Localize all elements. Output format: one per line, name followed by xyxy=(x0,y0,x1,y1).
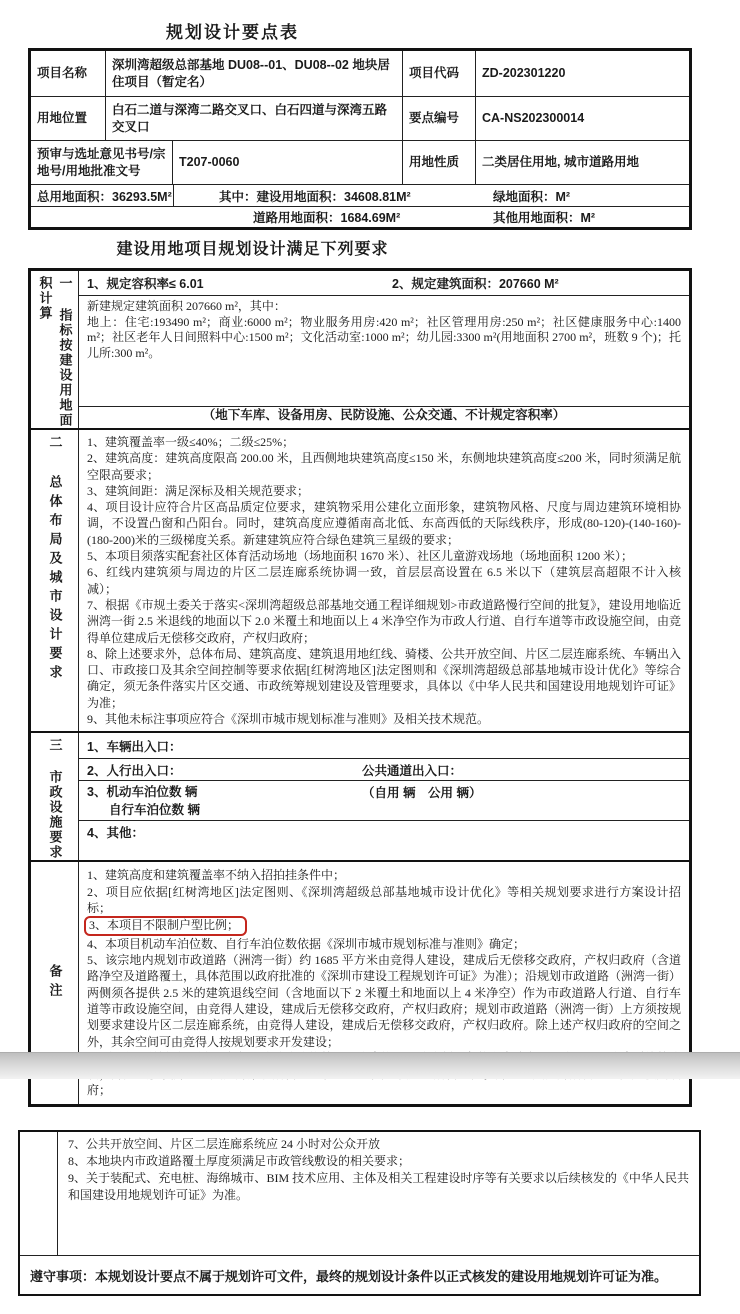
land-use-value: 二类居住用地, 城市道路用地 xyxy=(476,141,689,184)
public-passage: 公共通道出入口： xyxy=(362,761,462,779)
page2-side-column xyxy=(20,1132,58,1255)
info-row-project: 项目名称 深圳湾超级总部基地 DU08--01、DU08--02 地块居住项目（… xyxy=(31,51,689,97)
side-label-municipal: 三 市政设施要求 xyxy=(31,733,79,860)
info-row-area-2: 道路用地面积：1684.69M² 其他用地面积：M² xyxy=(31,207,689,227)
gfa-breakdown: 新建规定建筑面积 207660 m²，其中： 地上：住宅:193490 m²；商… xyxy=(79,296,689,406)
other-area: 其他用地面积：M² xyxy=(493,207,595,227)
parking-detail: （自用 辆 公用 辆） xyxy=(362,783,481,801)
gfa-breakdown-intro: 新建规定建筑面积 207660 m²，其中： xyxy=(87,299,681,315)
side-label-notes-text: 备注 xyxy=(45,964,65,1002)
note-item-highlighted: 3、本项目不限制户型比例； xyxy=(87,916,681,936)
layout-item: 8、除上述要求外，总体布局、建筑高度、建筑退用地红线、骑楼、公共开放空间、片区二… xyxy=(87,646,681,711)
info-row-review: 预审与选址意见书号/宗地号/用地批准文号 T207-0060 用地性质 二类居住… xyxy=(31,141,689,185)
indicator-row-top: 1、规定容积率≤ 6.01 2、规定建筑面积：207660 M² xyxy=(79,271,689,296)
compliance-label: 遵守事项： xyxy=(30,1266,95,1285)
location-value: 白石二道与深湾二路交叉口、白石四道与深湾五路交叉口 xyxy=(106,97,403,140)
note-item: 1、建筑高度和建筑覆盖率不纳入招拍挂条件中； xyxy=(87,867,681,883)
requirements-heading: 建设用地项目规划设计满足下列要求 xyxy=(0,236,505,259)
bicycle-parking: 自行车泊位数 辆 xyxy=(87,801,200,819)
review-label: 预审与选址意见书号/宗地号/用地批准文号 xyxy=(31,141,173,184)
info-table: 项目名称 深圳湾超级总部基地 DU08--01、DU08--02 地块居住项目（… xyxy=(28,48,692,230)
page2-item: 8、本地块内市政道路覆土厚度须满足市政管线敷设的相关要求； xyxy=(68,1153,689,1170)
side-label-layout-text: 二 总体布局及城市设计要求 xyxy=(45,435,65,684)
municipal-content: 1、车辆出入口： 2、人行出入口： 公共通道出入口： 3、机动车泊位数 辆 自行… xyxy=(79,733,689,860)
layout-item: 6、红线内建筑须与周边的片区二层连廊系统协调一致，首层层高设置在 6.5 米以下… xyxy=(87,564,681,597)
layout-item: 5、本项目须落实配套社区体育活动场地（场地面积 1670 米）、社区儿童游戏场地… xyxy=(87,548,681,564)
layout-item: 9、其他未标注事项应符合《深圳市城市规划标准与准则》及相关技术规范。 xyxy=(87,711,681,727)
section-municipal: 三 市政设施要求 1、车辆出入口： 2、人行出入口： 公共通道出入口： 3、机动… xyxy=(31,733,689,862)
side-label-indicators-col1: 一 指标按建设用地面 xyxy=(55,276,75,428)
project-name-label: 项目名称 xyxy=(31,51,106,96)
side-label-indicators: 积计算 一 指标按建设用地面 xyxy=(31,271,79,428)
side-label-layout: 二 总体布局及城市设计要求 xyxy=(31,430,79,731)
construction-area: 其中：建设用地面积：34608.81M² xyxy=(219,185,411,206)
divider xyxy=(173,185,174,206)
keypoint-no-value: CA-NS202300014 xyxy=(476,97,689,140)
municipal-other: 4、其他： xyxy=(87,823,144,841)
land-use-label: 用地性质 xyxy=(403,141,476,184)
pedestrian-entry: 2、人行出入口： xyxy=(87,761,181,779)
compliance-text: 本规划设计要点不属于规划许可文件，最终的规划设计条件以正式核发的建设用地规划许可… xyxy=(95,1266,667,1285)
section-layout: 二 总体布局及城市设计要求 1、建筑覆盖率一级≤40%；二级≤25%； 2、建筑… xyxy=(31,430,689,733)
far-exclusion-note: （地下车库、设备用房、民防设施、公众交通、不计规定容积率） xyxy=(79,406,689,424)
project-code-value: ZD-202301220 xyxy=(476,51,689,96)
pedestrian-entry-row: 2、人行出入口： 公共通道出入口： xyxy=(79,759,689,781)
info-row-area-1: 总用地面积：36293.5M² 其中：建设用地面积：34608.81M² 绿地面… xyxy=(31,185,689,207)
note-item: 4、本项目机动车泊位数、自行车泊位数依据《深圳市城市规划标准与准则》确定； xyxy=(87,936,681,952)
parking-row: 3、机动车泊位数 辆 自行车泊位数 辆 （自用 辆 公用 辆） xyxy=(79,781,689,821)
keypoint-no-label: 要点编号 xyxy=(403,97,476,140)
layout-item: 2、建筑高度：建筑高度限高 200.00 米，且西侧地块建筑高度≤150 米，东… xyxy=(87,450,681,483)
road-area: 道路用地面积：1684.69M² xyxy=(253,207,400,227)
highlight-box: 3、本项目不限制户型比例； xyxy=(84,916,247,936)
page2-table: 7、公共开放空间、片区二层连廊系统应 24 小时对公众开放 8、本地块内市政道路… xyxy=(18,1130,701,1296)
requirements-table: 积计算 一 指标按建设用地面 1、规定容积率≤ 6.01 2、规定建筑面积：20… xyxy=(28,268,692,1107)
layout-item: 4、项目设计应符合片区高品质定位要求，建筑物采用公建化立面形象，建筑物风格、尺度… xyxy=(87,499,681,548)
compliance-row: 遵守事项： 本规划设计要点不属于规划许可文件，最终的规划设计条件以正式核发的建设… xyxy=(20,1256,699,1294)
parking-lines: 3、机动车泊位数 辆 自行车泊位数 辆 xyxy=(87,783,200,819)
section-indicators-content: 1、规定容积率≤ 6.01 2、规定建筑面积：207660 M² 新建规定建筑面… xyxy=(79,271,689,428)
document-page: 规划设计要点表 项目名称 深圳湾超级总部基地 DU08--01、DU08--02… xyxy=(0,0,740,1314)
layout-item: 7、根据《市规土委关于落实<深圳湾超级总部基地交通工程详细规划>市政道路慢行空间… xyxy=(87,597,681,646)
layout-item: 3、建筑间距：满足深标及相关规范要求； xyxy=(87,483,681,499)
layout-items: 1、建筑覆盖率一级≤40%；二级≤25%； 2、建筑高度：建筑高度限高 200.… xyxy=(79,430,689,731)
green-area: 绿地面积：M² xyxy=(493,185,570,206)
page-title: 规划设计要点表 xyxy=(0,18,465,43)
info-row-location: 用地位置 白石二道与深湾二路交叉口、白石四道与深湾五路交叉口 要点编号 CA-N… xyxy=(31,97,689,141)
page-separator xyxy=(0,1052,740,1079)
page2-item: 7、公共开放空间、片区二层连廊系统应 24 小时对公众开放 xyxy=(68,1136,689,1153)
page2-items: 7、公共开放空间、片区二层连廊系统应 24 小时对公众开放 8、本地块内市政道路… xyxy=(58,1132,699,1255)
vehicle-entry: 1、车辆出入口： xyxy=(87,737,181,755)
page2-body: 7、公共开放空间、片区二层连廊系统应 24 小时对公众开放 8、本地块内市政道路… xyxy=(20,1132,699,1256)
review-value: T207-0060 xyxy=(173,141,403,184)
far-limit: 1、规定容积率≤ 6.01 xyxy=(87,274,204,292)
note-text: 3、本项目不限制户型比例； xyxy=(89,918,239,932)
section-indicators: 积计算 一 指标按建设用地面 1、规定容积率≤ 6.01 2、规定建筑面积：20… xyxy=(31,271,689,430)
layout-item: 1、建筑覆盖率一级≤40%；二级≤25%； xyxy=(87,434,681,450)
vehicle-entry-row: 1、车辆出入口： xyxy=(79,733,689,759)
gfa-breakdown-detail: 地上：住宅:193490 m²；商业:6000 m²；物业服务用房:420 m²… xyxy=(87,315,681,362)
note-item: 2、项目应依据[红树湾地区]法定图则、《深圳湾超级总部基地城市设计优化》等相关规… xyxy=(87,884,681,917)
project-name-value: 深圳湾超级总部基地 DU08--01、DU08--02 地块居住项目（暂定名） xyxy=(106,51,403,96)
total-area: 总用地面积：36293.5M² xyxy=(37,185,172,206)
location-label: 用地位置 xyxy=(31,97,106,140)
motor-parking: 3、机动车泊位数 辆 xyxy=(87,783,200,801)
note-item: 5、该宗地内规划市政道路（洲湾一街）约 1685 平方米由竞得人建设，建成后无偿… xyxy=(87,952,681,1050)
side-label-indicators-col2: 积计算 xyxy=(35,276,55,321)
other-row: 4、其他： xyxy=(79,821,689,843)
page2-item: 9、关于装配式、充电桩、海绵城市、BIM 技术应用、主体及相关工程建设时序等有关… xyxy=(68,1170,689,1204)
gfa-limit: 2、规定建筑面积：207660 M² xyxy=(392,274,559,292)
side-label-municipal-text: 三 市政设施要求 xyxy=(45,738,65,860)
project-code-label: 项目代码 xyxy=(403,51,476,96)
